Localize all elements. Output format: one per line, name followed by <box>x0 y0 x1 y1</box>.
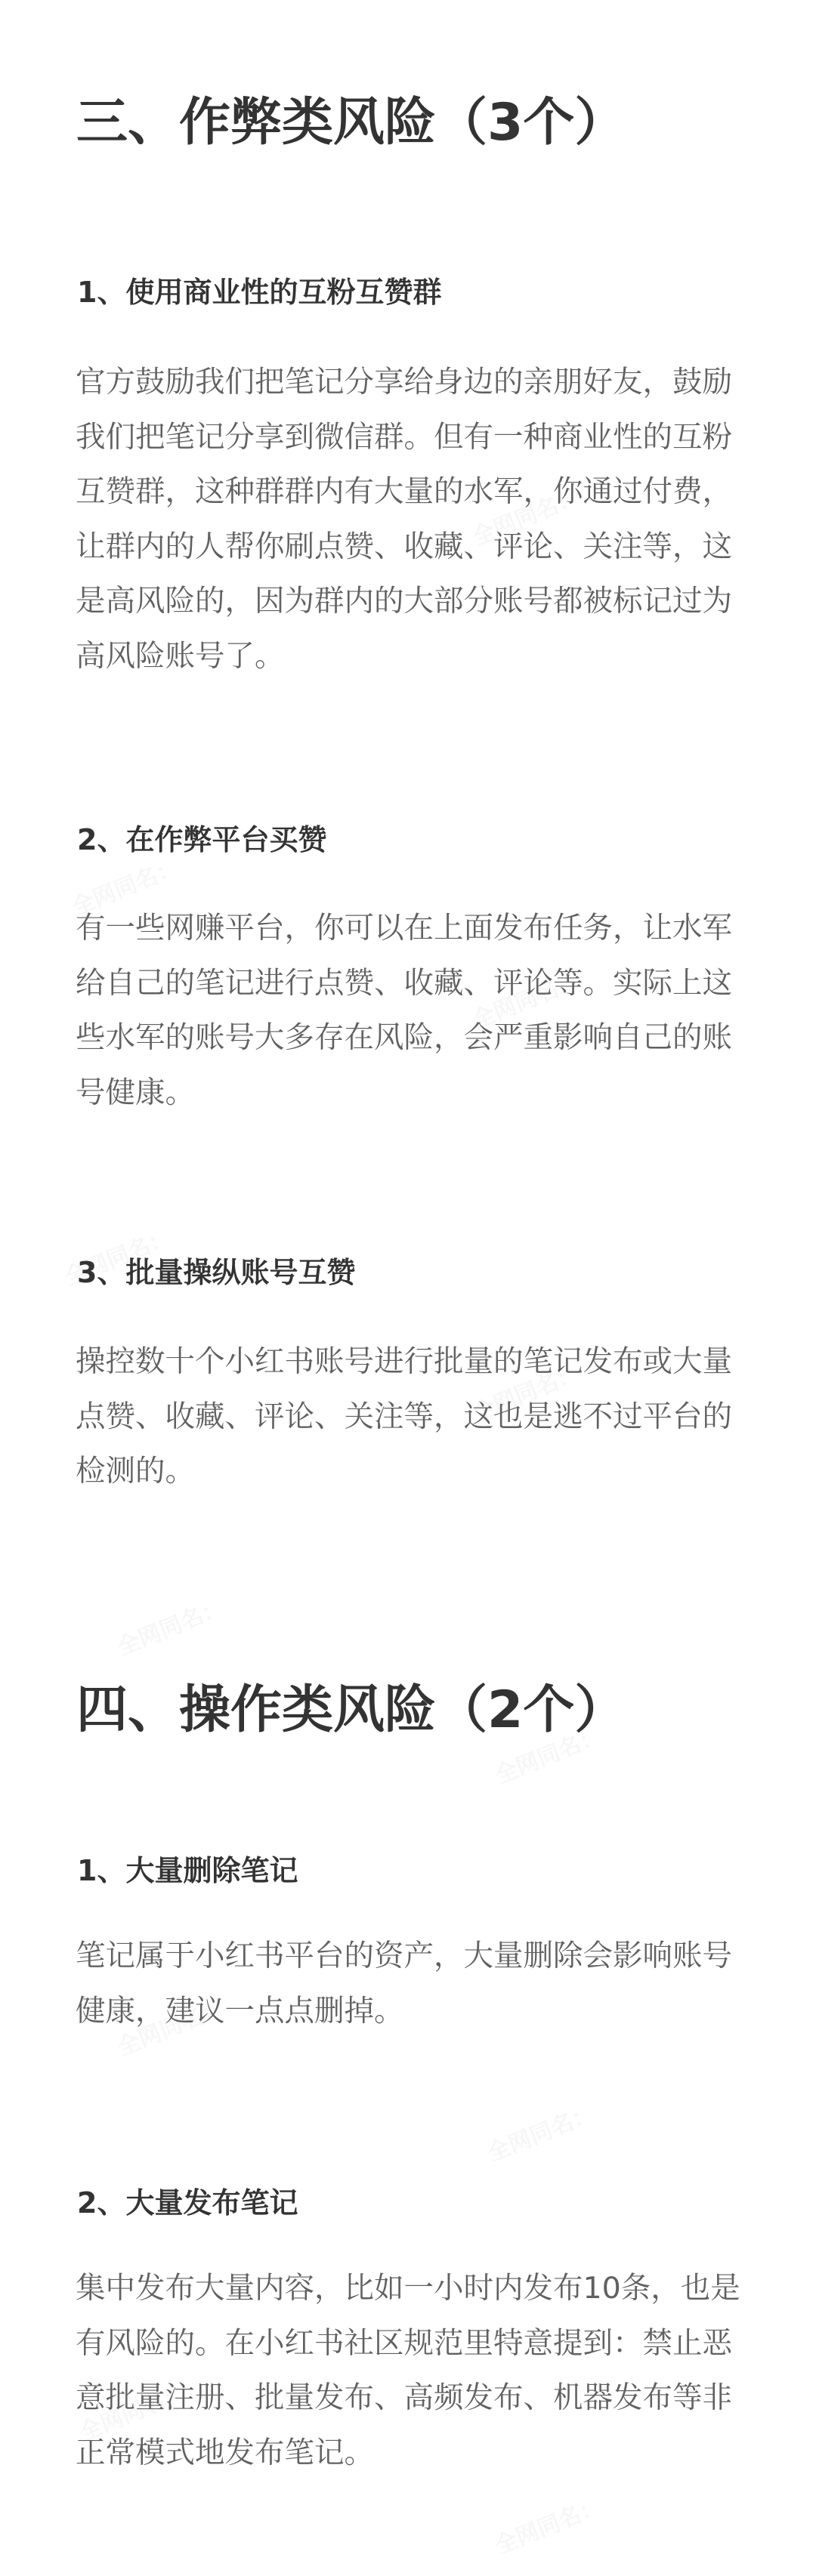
paragraph-line: 意批量注册、批量发布、高频发布、机器发布等非 <box>76 2371 742 2426</box>
paragraph-line: 互赞群，这种群群内有大量的水军，你通过付费， <box>76 464 742 520</box>
watermark: 全网同名： <box>489 2488 607 2561</box>
paragraph-line: 是高风险的，因为群内的大部分账号都被标记过为 <box>76 574 742 629</box>
item-heading: 2、在作弊平台买赞 <box>77 821 757 859</box>
paragraph-line: 正常模式地发布笔记。 <box>76 2426 742 2481</box>
item-paragraph: 操控数十个小红书账号进行批量的笔记发布或大量 点赞、收藏、评论、关注等，这也是逃… <box>76 1334 742 1499</box>
item-paragraph: 有一些网赚平台，你可以在上面发布任务，让水军 给自己的笔记进行点赞、收藏、评论等… <box>76 901 742 1120</box>
item-paragraph: 官方鼓励我们把笔记分享给身边的亲朋好友，鼓励 我们把笔记分享到微信群。但有一种商… <box>76 355 742 683</box>
watermark: 全网同名： <box>111 1589 229 1662</box>
paragraph-line: 高风险账号了。 <box>76 629 742 684</box>
paragraph-line: 些水军的账号大多存在风险，会严重影响自己的账 <box>76 1010 742 1066</box>
paragraph-line: 我们把笔记分享到微信群。但有一种商业性的互粉 <box>76 410 742 465</box>
item-heading: 2、大量发布笔记 <box>77 2184 757 2222</box>
paragraph-line: 有一些网赚平台，你可以在上面发布任务，让水军 <box>76 901 742 956</box>
section-title-cheating-risk: 三、作弊类风险（3个） <box>76 92 756 154</box>
item-paragraph: 集中发布大量内容，比如一小时内发布10条，也是 有风险的。在小红书社区规范里特意… <box>76 2261 742 2480</box>
paragraph-line: 集中发布大量内容，比如一小时内发布10条，也是 <box>76 2261 742 2316</box>
section-title-operation-risk: 四、操作类风险（2个） <box>76 1680 756 1741</box>
watermark: 全网同名： <box>481 2095 599 2168</box>
item-paragraph: 笔记属于小红书平台的资产，大量删除会影响账号 健康，建议一点点删掉。 <box>76 1929 742 2038</box>
paragraph-line: 点赞、收藏、评论、关注等，这也是逃不过平台的 <box>76 1390 742 1445</box>
paragraph-line: 官方鼓励我们把笔记分享给身边的亲朋好友，鼓励 <box>76 355 742 410</box>
paragraph-line: 给自己的笔记进行点赞、收藏、评论等。实际上这 <box>76 956 742 1011</box>
paragraph-line: 笔记属于小红书平台的资产，大量删除会影响账号 <box>76 1929 742 1984</box>
item-heading: 3、批量操纵账号互赞 <box>77 1254 757 1291</box>
paragraph-line: 有风险的。在小红书社区规范里特意提到：禁止恶 <box>76 2316 742 2371</box>
item-heading: 1、大量删除笔记 <box>77 1852 757 1890</box>
paragraph-line: 号健康。 <box>76 1066 742 1121</box>
paragraph-line: 健康，建议一点点删掉。 <box>76 1984 742 2039</box>
paragraph-line: 让群内的人帮你刷点赞、收藏、评论、关注等，这 <box>76 520 742 575</box>
item-heading: 1、使用商业性的互粉互赞群 <box>77 273 757 311</box>
paragraph-line: 检测的。 <box>76 1444 742 1499</box>
paragraph-line: 操控数十个小红书账号进行批量的笔记发布或大量 <box>76 1334 742 1390</box>
